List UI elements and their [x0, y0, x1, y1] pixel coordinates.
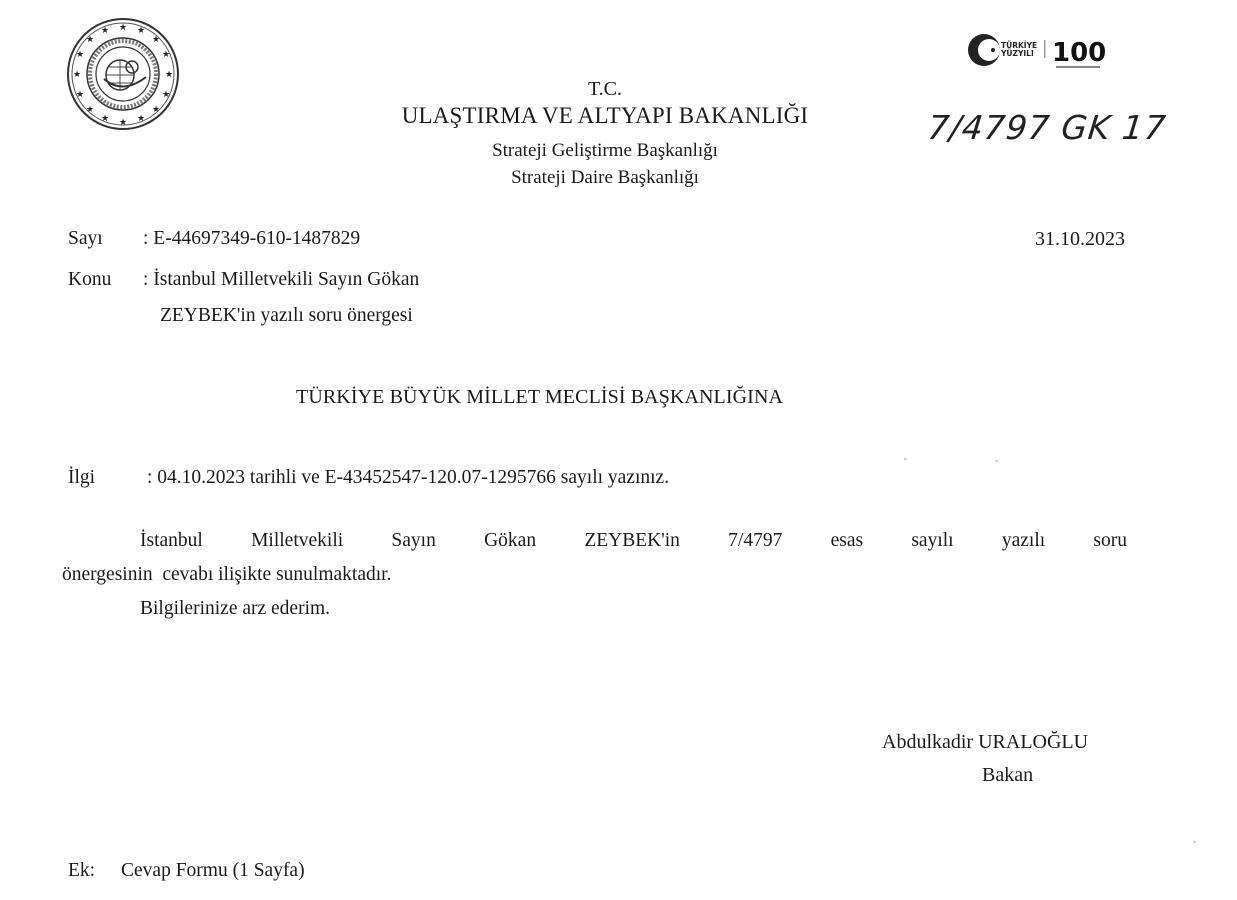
svg-text:★: ★ [137, 26, 145, 36]
header-division: Strateji Daire Başkanlığı [300, 167, 910, 189]
konu-value-line2: ZEYBEK'in yazılı soru önergesi [160, 305, 413, 327]
ministry-seal-icon: ★★★ ★★ ★★ ★★ ★★ ★★ ★★ ★ [66, 17, 180, 131]
addressee: TÜRKİYE BÜYÜK MİLLET MECLİSİ BAŞKANLIĞIN… [296, 386, 783, 409]
svg-text:★: ★ [162, 90, 170, 100]
body-line-3: Bilgilerinize arz ederim. [140, 598, 330, 620]
svg-text:★: ★ [152, 105, 160, 115]
svg-text:★: ★ [86, 35, 94, 45]
signer-title: Bakan [982, 764, 1033, 787]
attachment-label: Ek: [68, 860, 95, 882]
scan-speck [1193, 841, 1196, 843]
svg-text:★: ★ [76, 50, 84, 60]
header-ministry: ULAŞTIRMA VE ALTYAPI BAKANLIĞI [300, 103, 910, 129]
attachment-value: Cevap Formu (1 Sayfa) [121, 860, 305, 882]
svg-text:YÜZYILI: YÜZYILI [1000, 49, 1034, 58]
scan-speck [995, 460, 998, 462]
sayi-label: Sayı [68, 228, 103, 250]
svg-text:★: ★ [165, 70, 173, 80]
konu-value-line1: : İstanbul Milletvekili Sayın Gökan [143, 269, 419, 291]
konu-label: Konu [68, 269, 111, 291]
svg-text:100: 100 [1052, 38, 1106, 68]
svg-text:★: ★ [152, 35, 160, 45]
sayi-value: : E-44697349-610-1487829 [143, 228, 360, 250]
svg-text:★: ★ [76, 90, 84, 100]
svg-text:★: ★ [137, 114, 145, 124]
svg-text:★: ★ [101, 26, 109, 36]
svg-text:★: ★ [119, 118, 127, 128]
body-line-1: İstanbul Milletvekili Sayın Gökan ZEYBEK… [140, 530, 1127, 552]
svg-text:★: ★ [73, 70, 81, 80]
scan-speck [904, 458, 907, 460]
signer-name: Abdulkadir URALOĞLU [882, 731, 1088, 754]
turkiye-yuzyili-logo: TÜRKİYE YÜZYILI 100 [966, 28, 1126, 76]
reference-value: : 04.10.2023 tarihli ve E-43452547-120.0… [147, 467, 669, 489]
svg-text:★: ★ [101, 114, 109, 124]
reference-label: İlgi [68, 467, 95, 489]
svg-text:★: ★ [86, 105, 94, 115]
header-state: T.C. [300, 78, 910, 101]
header-department: Strateji Geliştirme Başkanlığı [300, 140, 910, 162]
svg-text:★: ★ [119, 23, 127, 33]
handwritten-note: 7/4797 GK 17 [926, 108, 1168, 147]
document-date: 31.10.2023 [1035, 228, 1125, 251]
svg-text:★: ★ [162, 50, 170, 60]
body-line-2: önergesinin cevabı ilişikte sunulmaktadı… [62, 564, 391, 586]
